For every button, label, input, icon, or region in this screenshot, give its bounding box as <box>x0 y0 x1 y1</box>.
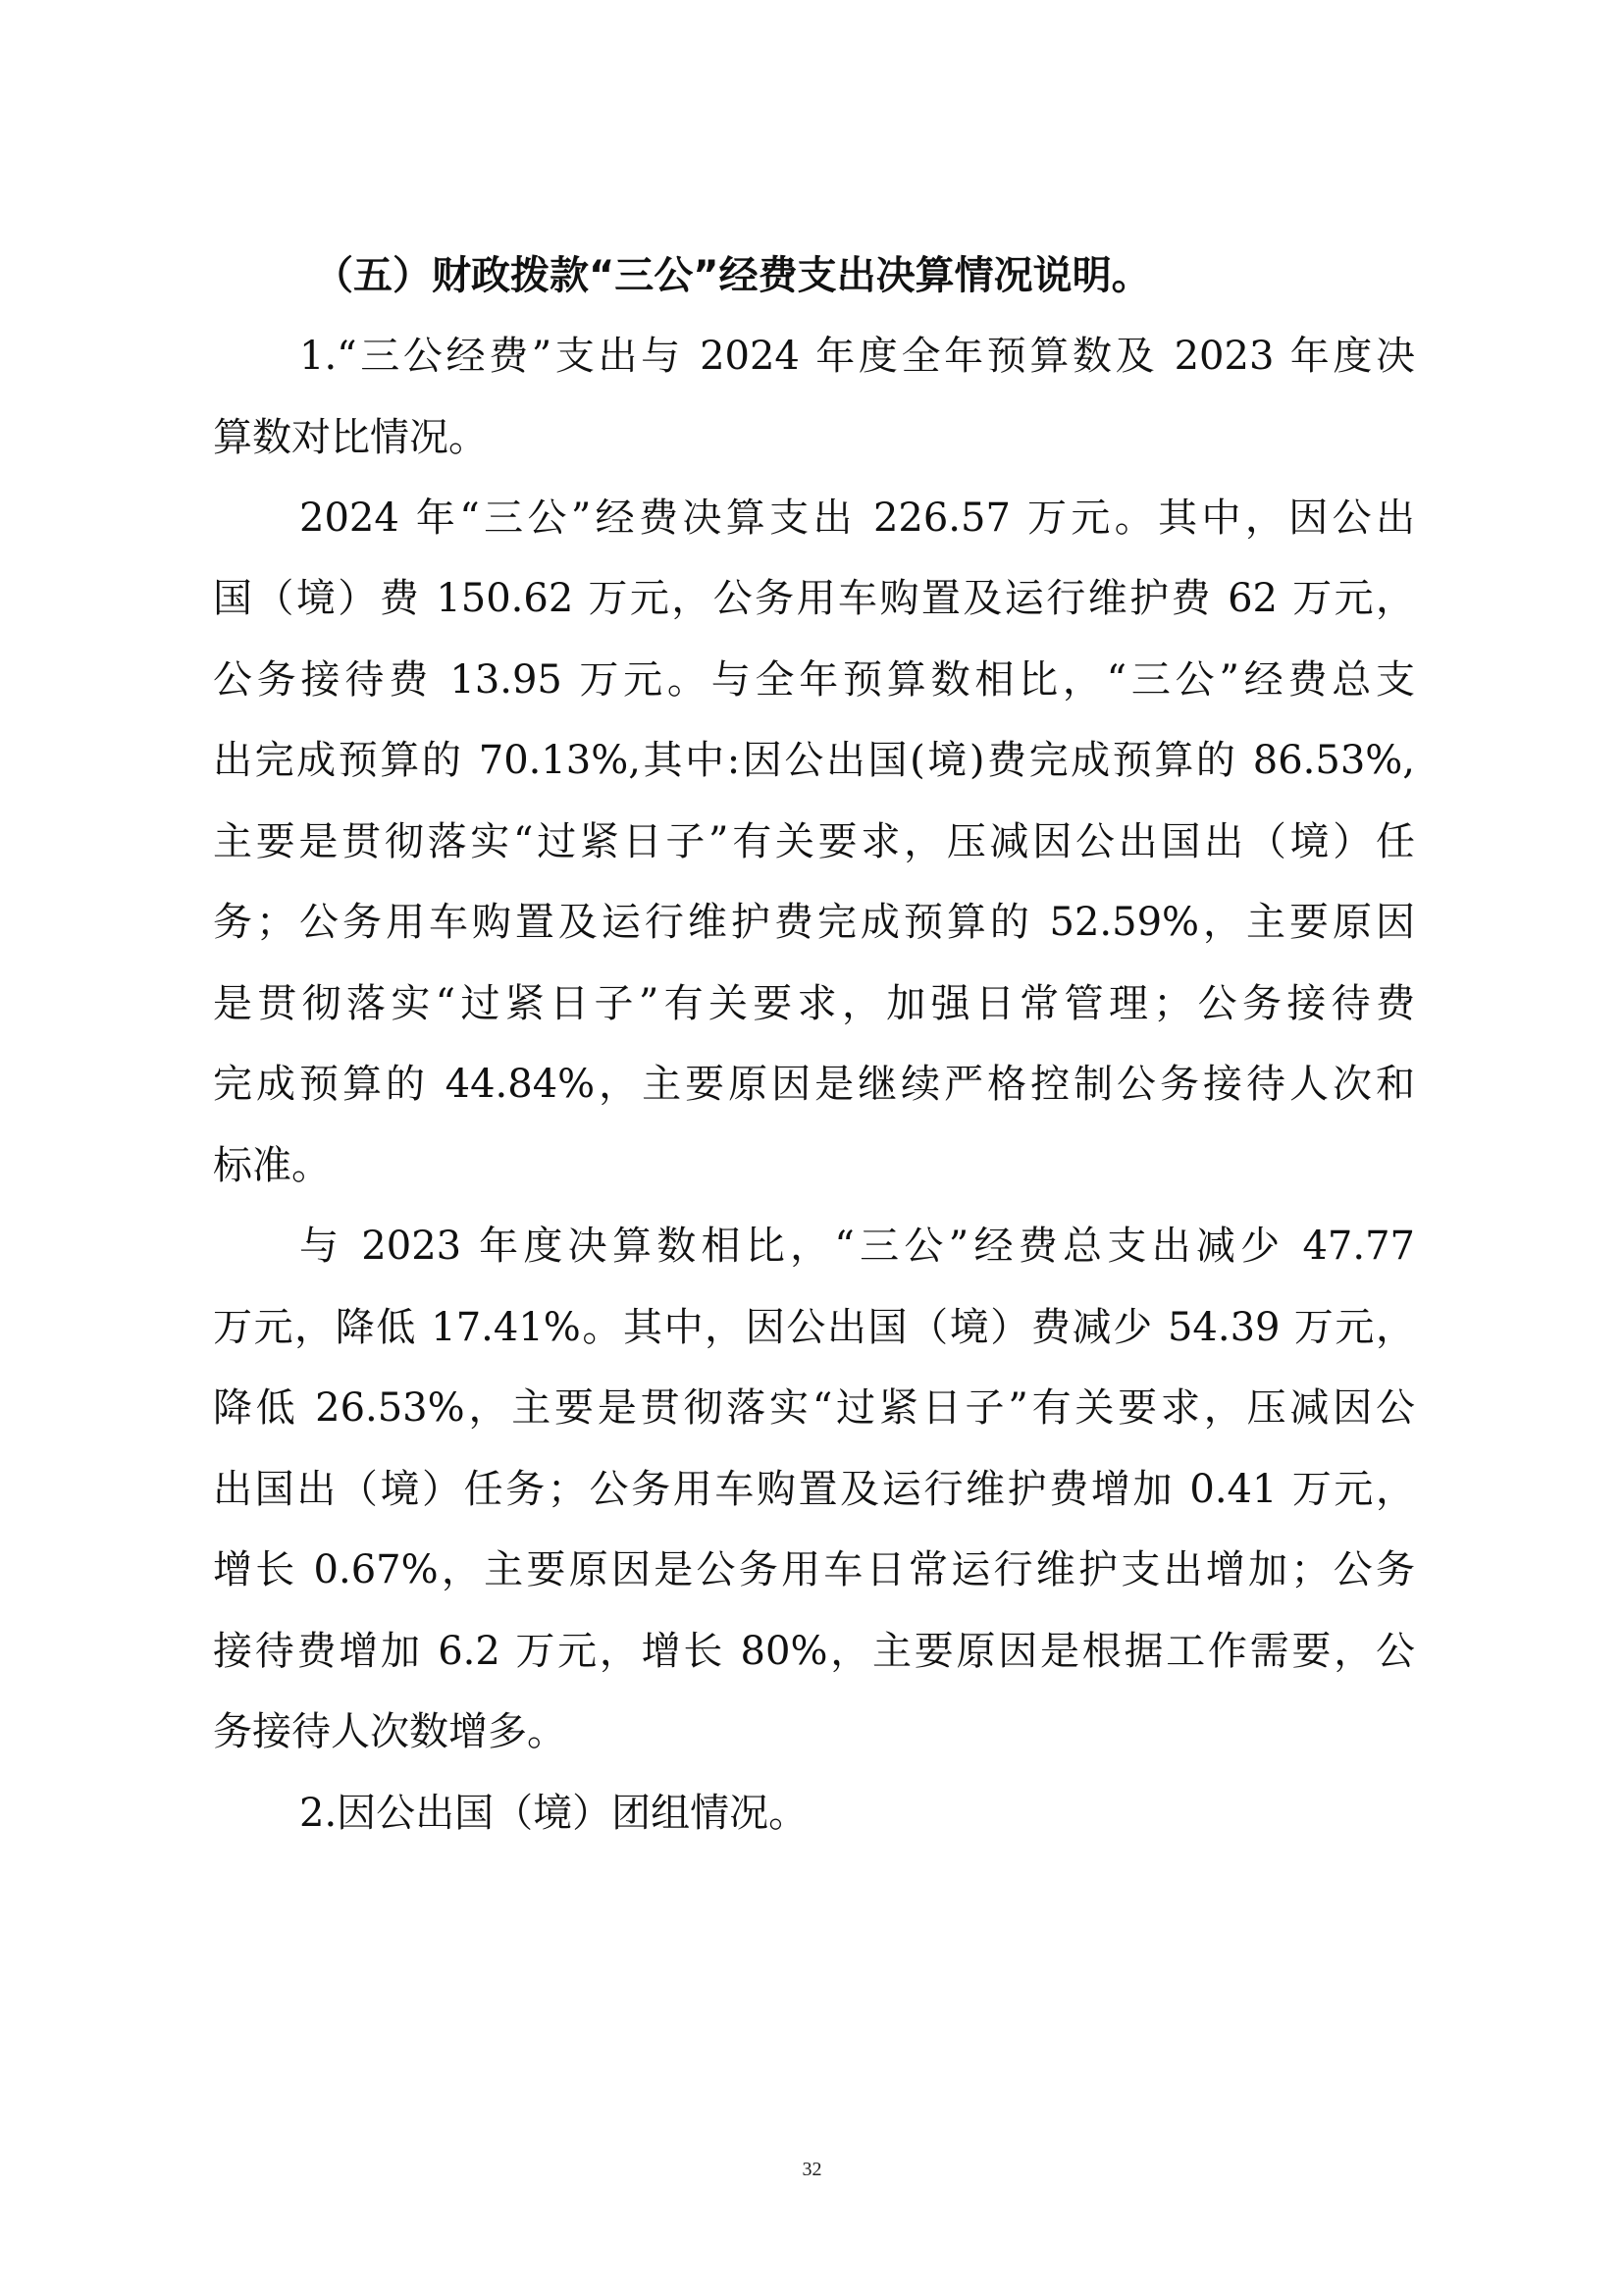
paragraph-3-line-5: 增长 0.67%，主要原因是公务用车日常运行维护支出增加；公务 <box>213 1540 1415 1599</box>
paragraph-2-line-1: 2024 年“三公”经费决算支出 226.57 万元。其中，因公出 <box>299 489 1415 548</box>
paragraph-1-line-1: 1.“三公经费”支出与 2024 年度全年预算数及 2023 年度决 <box>299 327 1415 386</box>
section-heading: （五）财政拨款“三公”经费支出决算情况说明。 <box>314 246 1151 305</box>
paragraph-3-line-1: 与 2023 年度决算数相比，“三公”经费总支出减少 47.77 <box>299 1217 1415 1276</box>
paragraph-3-line-4: 出国出（境）任务；公务用车购置及运行维护费增加 0.41 万元， <box>213 1460 1415 1519</box>
paragraph-1-line-2: 算数对比情况。 <box>213 408 1415 467</box>
paragraph-2-line-3: 公务接待费 13.95 万元。与全年预算数相比，“三公”经费总支 <box>213 651 1415 709</box>
paragraph-2-line-9: 标准。 <box>213 1136 1415 1195</box>
paragraph-3-line-2: 万元，降低 17.41%。其中，因公出国（境）费减少 54.39 万元， <box>213 1298 1415 1357</box>
subsection-heading-2: 2.因公出国（境）团组情况。 <box>299 1784 1415 1843</box>
paragraph-2-line-8: 完成预算的 44.84%，主要原因是继续严格控制公务接待人次和 <box>213 1055 1415 1114</box>
paragraph-3-line-3: 降低 26.53%，主要是贯彻落实“过紧日子”有关要求，压减因公 <box>213 1379 1415 1437</box>
paragraph-2-line-2: 国（境）费 150.62 万元，公务用车购置及运行维护费 62 万元， <box>213 569 1415 628</box>
paragraph-2-line-7: 是贯彻落实“过紧日子”有关要求，加强日常管理；公务接待费 <box>213 974 1415 1033</box>
paragraph-2-line-4: 出完成预算的 70.13%,其中:因公出国(境)费完成预算的 86.53%, <box>213 731 1415 790</box>
document-page: （五）财政拨款“三公”经费支出决算情况说明。 1.“三公经费”支出与 2024 … <box>0 0 1624 2295</box>
page-number: 32 <box>0 2159 1624 2181</box>
paragraph-3-line-6: 接待费增加 6.2 万元，增长 80%，主要原因是根据工作需要，公 <box>213 1622 1415 1681</box>
paragraph-3-line-7: 务接待人次数增多。 <box>213 1702 1415 1761</box>
paragraph-2-line-5: 主要是贯彻落实“过紧日子”有关要求，压减因公出国出（境）任 <box>213 812 1415 871</box>
paragraph-2-line-6: 务；公务用车购置及运行维护费完成预算的 52.59%，主要原因 <box>213 893 1415 952</box>
